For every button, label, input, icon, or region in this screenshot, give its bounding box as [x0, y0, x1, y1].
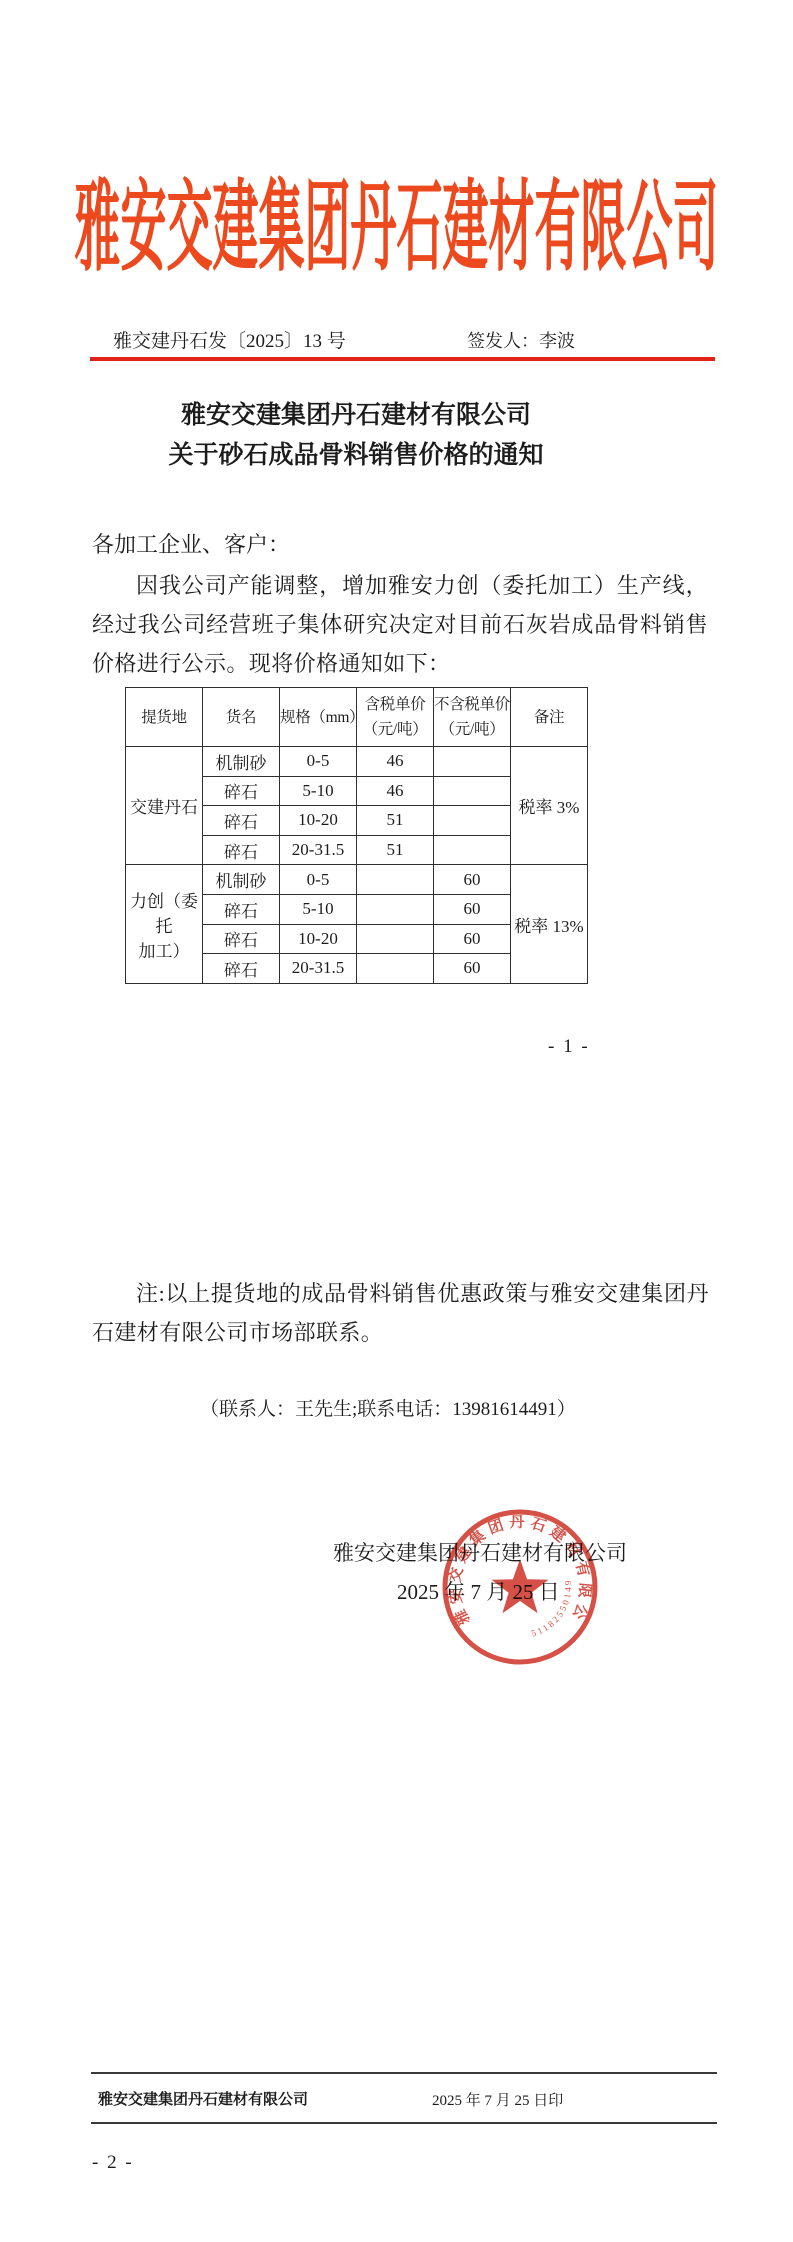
red-separator-line	[90, 357, 715, 361]
note-paragraph: 注:以上提货地的成品骨料销售优惠政策与雅安交建集团丹石建材有限公司市场部联系。	[92, 1274, 709, 1352]
contact-line: （联系人：王先生;联系电话：13981614491）	[200, 1394, 576, 1421]
header-spec: 规格（mm）	[280, 688, 357, 747]
document-page: 雅安交建集团丹石建材有限公司 雅交建丹石发〔2025〕13 号 签发人：李波 雅…	[0, 0, 793, 2242]
cell-spec: 5-10	[280, 776, 357, 806]
cell-remark-group2: 税率 13%	[511, 865, 588, 983]
cell-product: 机制砂	[203, 865, 280, 895]
cell-price-excl	[434, 776, 511, 806]
company-seal: 雅安交建集团丹石建材有限公司 51182550149	[438, 1505, 602, 1669]
cell-price-excl: 60	[434, 924, 511, 954]
cell-spec: 0-5	[280, 865, 357, 895]
cell-price-incl	[357, 894, 434, 924]
seal-ring-text: 雅安交建集团丹石建材有限公司	[438, 1505, 595, 1628]
page-number-1: - 1 -	[548, 1036, 590, 1058]
footer-print-date: 2025 年 7 月 25 日印	[432, 2089, 563, 2110]
cell-spec: 10-20	[280, 924, 357, 954]
cell-product: 碎石	[203, 806, 280, 836]
header-remark: 备注	[511, 688, 588, 747]
cell-location-group1: 交建丹石	[126, 747, 203, 865]
cell-spec: 20-31.5	[280, 835, 357, 865]
issuer-name: 签发人：李波	[467, 327, 575, 353]
header-price-excl-tax: 不含税单价 （元/吨）	[434, 688, 511, 747]
cell-price-excl	[434, 835, 511, 865]
table-row: 交建丹石 机制砂 0-5 46 税率 3%	[126, 747, 588, 777]
footer-company: 雅安交建集团丹石建材有限公司	[98, 2088, 308, 2109]
body-paragraph: 因我公司产能调整，增加雅安力创（委托加工）生产线，经过我公司经营班子集体研究决定…	[92, 566, 708, 683]
page-number-2: - 2 -	[92, 2152, 134, 2174]
cell-price-excl	[434, 806, 511, 836]
cell-price-excl: 60	[434, 954, 511, 984]
cell-product: 碎石	[203, 924, 280, 954]
cell-spec: 10-20	[280, 806, 357, 836]
cell-product: 碎石	[203, 776, 280, 806]
cell-remark-group1: 税率 3%	[511, 747, 588, 865]
footer-top-rule	[91, 2072, 717, 2074]
cell-product: 碎石	[203, 835, 280, 865]
cell-price-incl	[357, 924, 434, 954]
cell-product: 碎石	[203, 954, 280, 984]
cell-price-incl: 46	[357, 776, 434, 806]
header-location: 提货地	[126, 688, 203, 747]
seal-star-icon	[492, 1559, 549, 1613]
cell-price-incl: 51	[357, 835, 434, 865]
cell-price-incl: 46	[357, 747, 434, 777]
header-product: 货名	[203, 688, 280, 747]
cell-spec: 0-5	[280, 747, 357, 777]
price-table: 提货地 货名 规格（mm） 含税单价 （元/吨） 不含税单价 （元/吨） 备注 …	[125, 687, 588, 984]
footer-bottom-rule	[91, 2122, 717, 2124]
cell-price-incl: 51	[357, 806, 434, 836]
document-title: 雅安交建集团丹石建材有限公司 关于砂石成品骨料销售价格的通知	[168, 396, 543, 476]
cell-price-excl	[434, 747, 511, 777]
cell-spec: 5-10	[280, 894, 357, 924]
cell-location-group2: 力创（委托 加工）	[126, 865, 203, 983]
doc-number: 雅交建丹石发〔2025〕13 号	[113, 326, 346, 353]
document-title-line1: 雅安交建集团丹石建材有限公司	[168, 396, 543, 436]
cell-product: 碎石	[203, 894, 280, 924]
header-price-incl-tax: 含税单价 （元/吨）	[357, 688, 434, 747]
letterhead-company-title: 雅安交建集团丹石建材有限公司	[75, 176, 719, 277]
cell-price-incl	[357, 865, 434, 895]
doc-number-row: 雅交建丹石发〔2025〕13 号 签发人：李波	[113, 326, 613, 350]
seal-ring-text-container: 雅安交建集团丹石建材有限公司	[438, 1505, 595, 1628]
cell-product: 机制砂	[203, 747, 280, 777]
cell-price-excl: 60	[434, 894, 511, 924]
table-header-row: 提货地 货名 规格（mm） 含税单价 （元/吨） 不含税单价 （元/吨） 备注	[126, 688, 588, 747]
cell-price-excl: 60	[434, 865, 511, 895]
cell-price-incl	[357, 954, 434, 984]
letterhead: 雅安交建集团丹石建材有限公司	[0, 175, 793, 279]
cell-spec: 20-31.5	[280, 954, 357, 984]
table-row: 力创（委托 加工） 机制砂 0-5 60 税率 13%	[126, 865, 588, 895]
salutation: 各加工企业、客户：	[92, 528, 290, 559]
document-title-line2: 关于砂石成品骨料销售价格的通知	[168, 436, 543, 476]
